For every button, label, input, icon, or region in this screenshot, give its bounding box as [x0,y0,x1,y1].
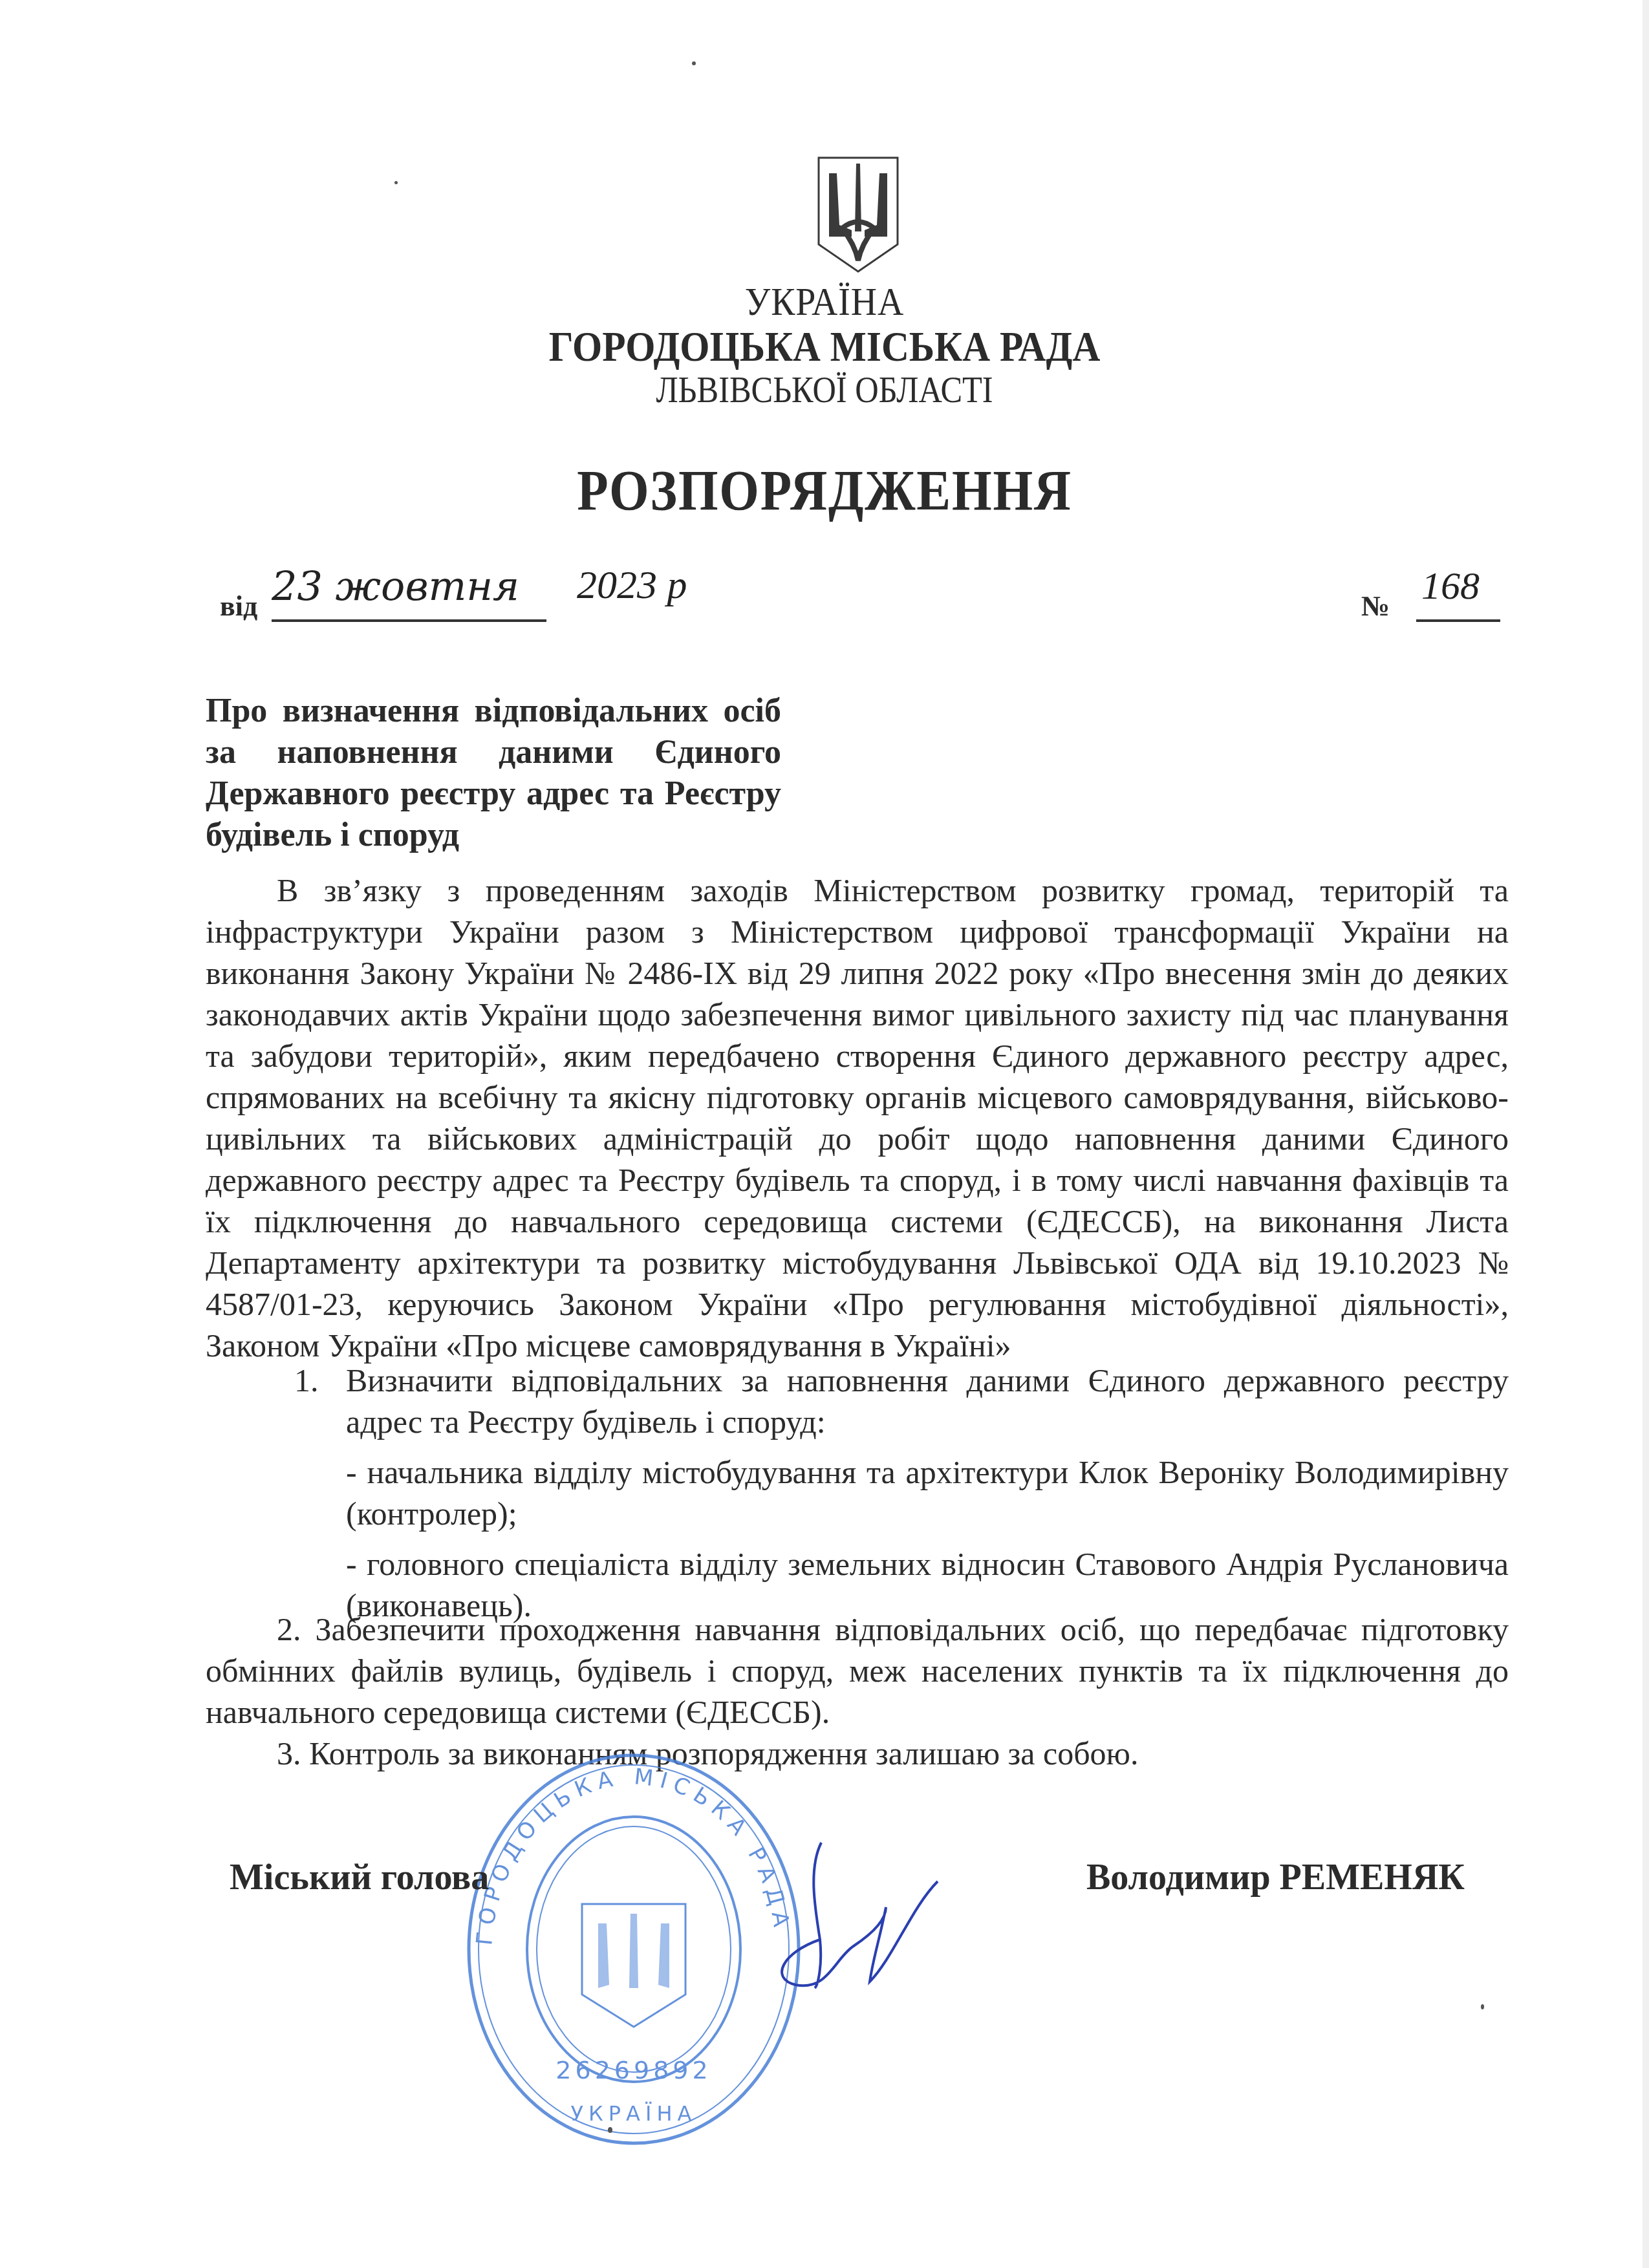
region-heading: ЛЬВІВСЬКОЇ ОБЛАСТІ [83,370,1567,411]
preamble-paragraph: В зв’язку з проведенням заходів Міністер… [206,870,1509,1366]
subject-line: Державного реєстру адрес та Реєстру [206,773,781,815]
scan-edge [1643,0,1649,2268]
stamp-bottom-text: УКРАЇНА [571,2101,697,2126]
handwritten-date: 23 жовтня [272,562,519,610]
country-heading: УКРАЇНА [83,279,1567,325]
document-type-heading: РОЗПОРЯДЖЕННЯ [83,460,1567,522]
date-underline [272,619,546,622]
subject-line: Про визначення відповідальних осіб [206,690,781,732]
dateline: від 23 жовтня 2023 р № 168 [220,562,1500,634]
order-item-2: 2. Забезпечити проходження навчання відп… [206,1609,1509,1733]
scan-speck [608,2127,612,2133]
number-label: № [1361,590,1390,623]
handwritten-signature [744,1830,1015,1998]
item-number: 2. [277,1611,301,1647]
stamp-code: 26269892 [555,2056,711,2084]
item-text: Визначити відповідальних за наповнення д… [346,1360,1509,1442]
handwritten-year: 2023 р [577,562,687,608]
subject-line: будівель і споруд [206,815,781,856]
item-number: 1. [294,1360,319,1401]
order-item-1: 1. Визначити відповідальних за наповненн… [294,1360,1509,1626]
subject-line: за наповнення даними Єдиного [206,732,781,773]
responsible-person-controller: - начальника відділу містобудування та а… [346,1451,1509,1534]
item-text: Забезпечити проходження навчання відпові… [206,1611,1509,1730]
trident-emblem-icon [816,154,900,273]
scan-speck [394,181,398,184]
scan-speck [1481,2004,1484,2009]
order-item-3: 3. Контроль за виконанням розпорядження … [206,1733,1509,1774]
scan-speck [692,61,696,65]
number-underline [1416,619,1500,622]
signatory-position: Міський голова [230,1857,489,1898]
document-subject: Про визначення відповідальних осіб за на… [206,690,781,856]
handwritten-number: 168 [1421,564,1480,608]
item-number: 3. [277,1735,301,1771]
council-heading: ГОРОДОЦЬКА МІСЬКА РАДА [83,323,1567,371]
document-page: { "header": { "emblem": "trident-emblem-… [0,0,1649,2268]
signatory-name: Володимир РЕМЕНЯК [1086,1857,1465,1898]
date-label: від [220,590,257,623]
